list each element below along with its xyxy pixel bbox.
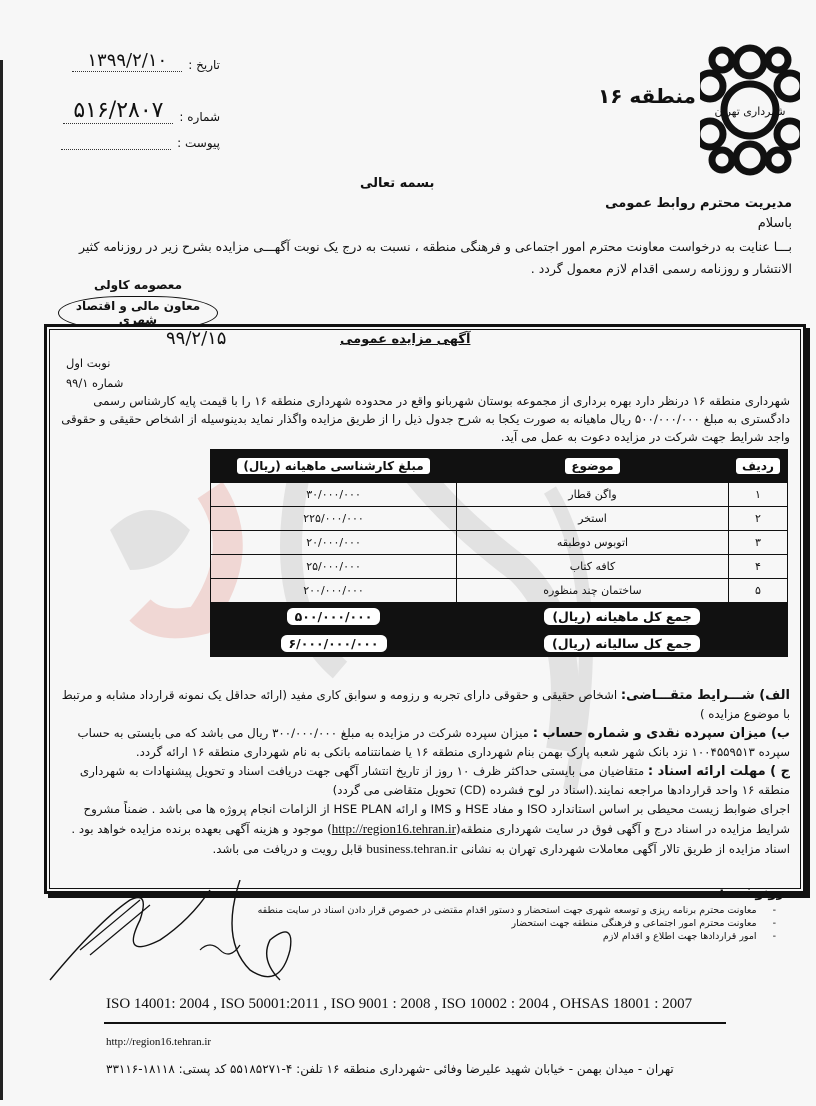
auction-items-table: ردیف موضوع مبلغ کارشناسی ماهیانه (ریال) … <box>210 449 788 657</box>
business-paragraph: اسناد مزایده از طریق تالار آگهی معاملات … <box>56 839 790 859</box>
monthly-total-row: جمع کل ماهیانه (ریال) ۵۰۰/۰۰۰/۰۰۰ <box>211 603 788 630</box>
handwritten-signatures-icon <box>40 880 340 990</box>
hse-text-end: ) موجود و هزینه آگهی بعهده برنده مزایده … <box>71 822 331 836</box>
table-row: ۱ واگن قطار ۳۰/۰۰۰/۰۰۰ <box>211 483 788 507</box>
table-row: ۴ کافه کتاب ۲۵/۰۰۰/۰۰۰ <box>211 555 788 579</box>
monthly-total-value-cell: ۵۰۰/۰۰۰/۰۰۰ <box>211 603 457 630</box>
condition-a: الف) شـــرایط متقـــاضی: اشخاص حقیقی و ح… <box>56 686 790 724</box>
condition-c: ج ) مهلت ارائه اسناد : متقاضیان می بایست… <box>56 762 790 800</box>
bismillah: بسمه تعالی <box>360 176 434 191</box>
row-amount: ۲۰/۰۰۰/۰۰۰ <box>211 531 457 555</box>
region-title: منطقه ۱۶ <box>598 84 696 108</box>
signer-name: معصومه کاولی <box>58 278 218 292</box>
auction-conditions: الف) شـــرایط متقـــاضی: اشخاص حقیقی و ح… <box>56 686 790 859</box>
row-number: ۲ <box>728 507 787 531</box>
row-number: ۴ <box>728 555 787 579</box>
table-row: ۵ ساختمان چند منظوره ۲۰۰/۰۰۰/۰۰۰ <box>211 579 788 603</box>
row-subject: کافه کتاب <box>457 555 729 579</box>
region-site-link[interactable]: http://region16.tehran.ir <box>332 821 456 836</box>
row-subject: استخر <box>457 507 729 531</box>
row-number: ۱ <box>728 483 787 507</box>
iso-certifications: ISO 14001: 2004 , ISO 50001:2011 , ISO 9… <box>106 996 726 1013</box>
footer-divider <box>104 1022 726 1024</box>
condition-a-heading: الف) شـــرایط متقـــاضی: <box>621 688 790 703</box>
tehran-municipality-logo-icon: شهرداری تهران <box>700 40 800 180</box>
monthly-total-value: ۵۰۰/۰۰۰/۰۰۰ <box>287 608 381 625</box>
row-amount: ۲۲۵/۰۰۰/۰۰۰ <box>211 507 457 531</box>
svg-text:شهرداری تهران: شهرداری تهران <box>714 105 785 118</box>
letter-body: بـــا عنایت به درخواست معاونت محترم امور… <box>52 236 792 280</box>
attachment-label: پیوست : <box>177 136 220 150</box>
condition-b: ب) میزان سپرده نقدی و شماره حساب : میزان… <box>56 724 790 762</box>
header-amount: مبلغ کارشناسی ماهیانه (ریال) <box>211 450 457 483</box>
annual-total-label: جمع کل سالیانه (ریال) <box>544 635 700 652</box>
greeting: باسلام <box>758 216 792 231</box>
notice-number: شماره ۹۹/۱ <box>66 376 123 390</box>
footer-address: تهران - میدان بهمن - خیابان شهید علیرضا … <box>106 1062 726 1076</box>
row-amount: ۳۰/۰۰۰/۰۰۰ <box>211 483 457 507</box>
signer-block: معصومه کاولی معاون مالی و اقتصاد شهری <box>58 278 218 330</box>
attachment-value <box>61 149 171 150</box>
date-field: تاریخ : ۱۳۹۹/۲/۱۰ <box>30 50 220 72</box>
number-label: شماره : <box>179 110 220 124</box>
auction-body: شهرداری منطقه ۱۶ درنظر دارد بهره برداری … <box>56 392 790 446</box>
cc-title: رونوشت : <box>719 886 784 901</box>
row-amount: ۲۵/۰۰۰/۰۰۰ <box>211 555 457 579</box>
business-text-start: اسناد مزایده از طریق تالار آگهی معاملات … <box>461 842 790 856</box>
handwritten-date: ۹۹/۲/۱۵ <box>166 328 226 349</box>
table-row: ۳ اتوبوس دوطبقه ۲۰/۰۰۰/۰۰۰ <box>211 531 788 555</box>
date-value: ۱۳۹۹/۲/۱۰ <box>72 50 182 72</box>
row-number: ۳ <box>728 531 787 555</box>
condition-c-heading: ج ) مهلت ارائه اسناد : <box>648 764 790 779</box>
row-amount: ۲۰۰/۰۰۰/۰۰۰ <box>211 579 457 603</box>
table-header-row: ردیف موضوع مبلغ کارشناسی ماهیانه (ریال) <box>211 450 788 483</box>
notice-turn: نوبت اول <box>66 356 110 370</box>
number-field: شماره : ۵۱۶/۲۸۰۷ <box>14 98 220 124</box>
row-subject: ساختمان چند منظوره <box>457 579 729 603</box>
header-row-number: ردیف <box>728 450 787 483</box>
hse-paragraph: اجرای ضوابط زیست محیطی بر اساس استاندارد… <box>56 800 790 839</box>
annual-total-value-cell: ۶/۰۰۰/۰۰۰/۰۰۰ <box>211 630 457 657</box>
date-label: تاریخ : <box>188 58 220 72</box>
number-value: ۵۱۶/۲۸۰۷ <box>63 98 173 124</box>
business-text-end: قابل رویت و دریافت می باشد. <box>212 842 362 856</box>
monthly-total-label: جمع کل ماهیانه (ریال) <box>544 608 699 625</box>
business-site-link[interactable]: business.tehran.ir <box>366 841 457 856</box>
annual-total-label-cell: جمع کل سالیانه (ریال) <box>457 630 788 657</box>
addressee: مدیریت محترم روابط عمومی <box>605 196 792 211</box>
condition-b-heading: ب) میزان سپرده نقدی و شماره حساب : <box>533 726 790 741</box>
scan-edge <box>0 60 3 1100</box>
annual-total-value: ۶/۰۰۰/۰۰۰/۰۰۰ <box>281 635 387 652</box>
table-row: ۲ استخر ۲۲۵/۰۰۰/۰۰۰ <box>211 507 788 531</box>
row-subject: واگن قطار <box>457 483 729 507</box>
row-number: ۵ <box>728 579 787 603</box>
header-subject: موضوع <box>457 450 729 483</box>
footer-website-link[interactable]: http://region16.tehran.ir <box>106 1036 211 1048</box>
monthly-total-label-cell: جمع کل ماهیانه (ریال) <box>457 603 788 630</box>
row-subject: اتوبوس دوطبقه <box>457 531 729 555</box>
attachment-field: پیوست : <box>30 136 220 150</box>
annual-total-row: جمع کل سالیانه (ریال) ۶/۰۰۰/۰۰۰/۰۰۰ <box>211 630 788 657</box>
auction-title: آگهی مزایده عمومی <box>340 332 470 347</box>
